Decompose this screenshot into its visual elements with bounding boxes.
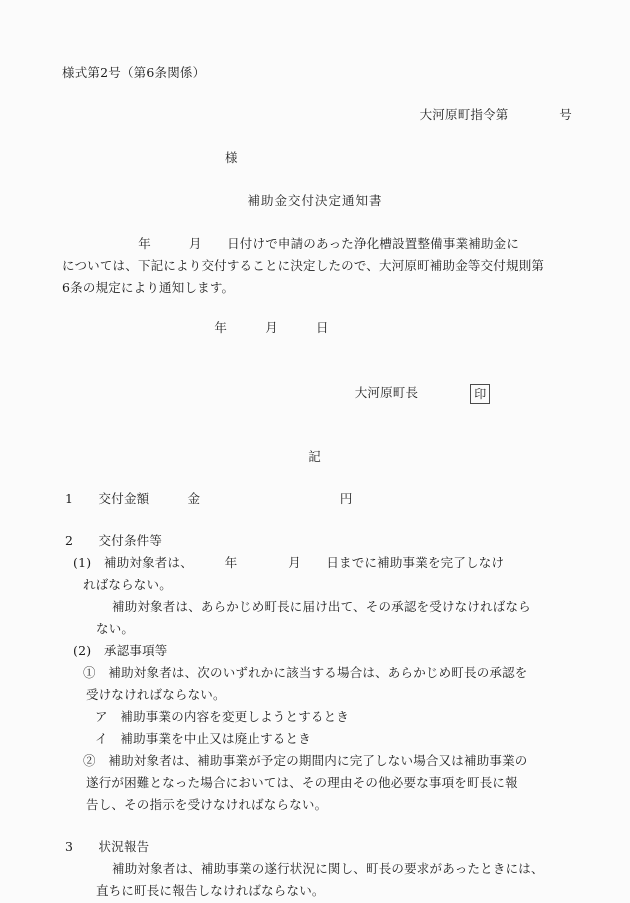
section3-line2: 直ちに町長に報告しなければならない。	[0, 880, 630, 902]
directive-number-line: 大河原町指令第 号	[0, 104, 630, 126]
intro-line-3: 6条の規定により通知します。	[0, 277, 630, 299]
section2-sub1-line1: (1) 補助対象者は、 年 月 日までに補助事業を完了しなけ	[0, 552, 630, 574]
section2-sub2-circle2-line3: 告し、その指示を受けなければならない。	[0, 794, 630, 816]
issuer-line: 大河原町長印	[0, 360, 630, 426]
official-seal-placeholder: 印	[470, 384, 490, 404]
section2-sub2-circle2-line1: ② 補助対象者は、補助事業が予定の期間内に完了しない場合又は補助事業の	[0, 750, 630, 772]
section3-header: 3 状況報告	[0, 836, 630, 858]
document-title: 補助金交付決定通知書	[0, 190, 630, 212]
section2-sub2-circle2-line2: 遂行が困難となった場合においては、その理由その他必要な事項を町長に報	[0, 772, 630, 794]
section2-sub2-header: (2) 承認事項等	[0, 640, 630, 662]
intro-line-2: については、下記により交付することに決定したので、大河原町補助金等交付規則第	[0, 255, 630, 277]
section2-sub2-item-i: イ 補助事業を中止又は廃止するとき	[0, 728, 630, 750]
document-page: 様式第2号（第6条関係） 大河原町指令第 号 様 補助金交付決定通知書 年 月 …	[0, 0, 630, 903]
section2-sub2-circle1-line1: ① 補助対象者は、次のいずれかに該当する場合は、あらかじめ町長の承認を	[0, 662, 630, 684]
section2-sub1-line2: ればならない。	[0, 574, 630, 596]
intro-line-1: 年 月 日付けで申請のあった浄化槽設置整備事業補助金に	[0, 233, 630, 255]
section1-grant-amount: 1 交付金額 金 円	[0, 488, 630, 510]
section2-sub2-item-a: ア 補助事業の内容を変更しようとするとき	[0, 706, 630, 728]
section2-sub1-line4: ない。	[0, 618, 630, 640]
section2-grant-conditions: 2 交付条件等 (1) 補助対象者は、 年 月 日までに補助事業を完了しなけ れ…	[0, 530, 630, 816]
section3-status-report: 3 状況報告 補助対象者は、補助事業の遂行状況に関し、町長の要求があったときには…	[0, 836, 630, 902]
intro-paragraph: 年 月 日付けで申請のあった浄化槽設置整備事業補助金に については、下記により交…	[0, 233, 630, 299]
form-number: 様式第2号（第6条関係）	[0, 62, 630, 84]
record-marker: 記	[0, 446, 630, 468]
section2-sub2-circle1-line2: 受けなければならない。	[0, 684, 630, 706]
issue-date-line: 年 月 日	[0, 317, 630, 339]
section2-header: 2 交付条件等	[0, 530, 630, 552]
section2-sub1-line3: 補助対象者は、あらかじめ町長に届け出て、その承認を受けなければなら	[0, 596, 630, 618]
addressee-line: 様	[0, 147, 630, 169]
issuer-title: 大河原町長	[355, 385, 419, 400]
section3-line1: 補助対象者は、補助事業の遂行状況に関し、町長の要求があったときには、	[0, 858, 630, 880]
